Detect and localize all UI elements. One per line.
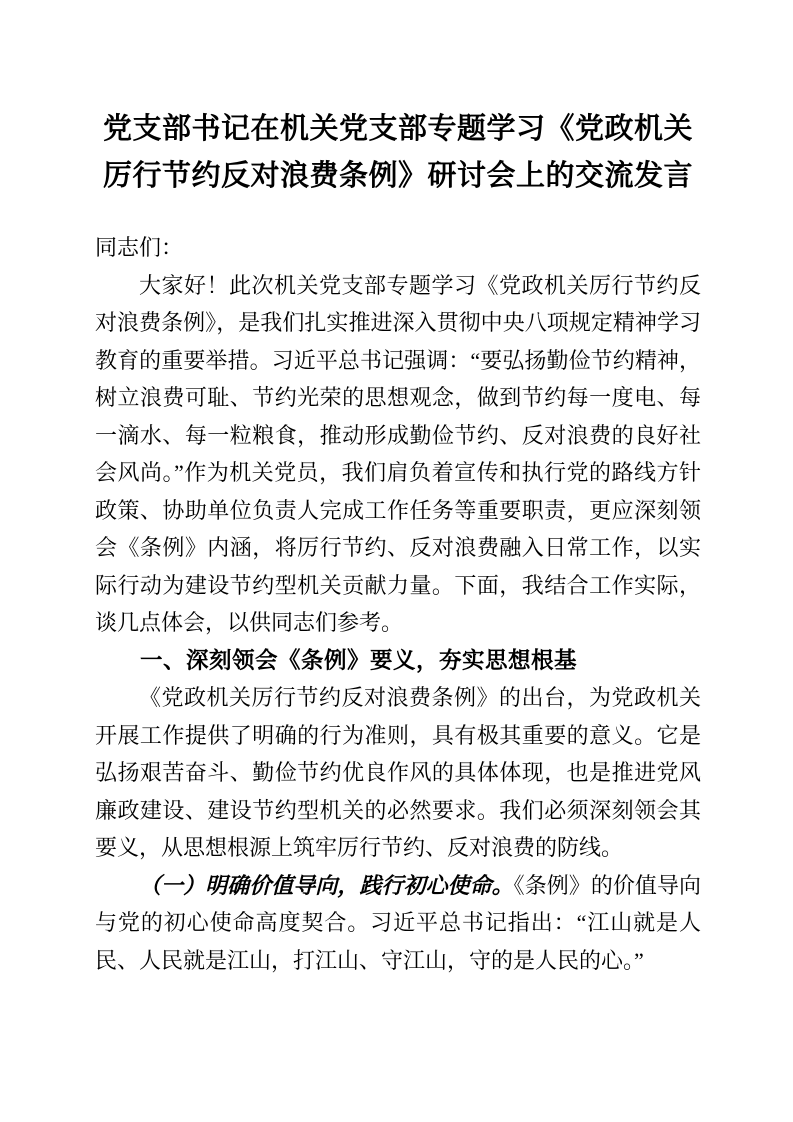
section-1-heading: 一、深刻领会《条例》要义，夯实思想根基 <box>95 642 701 680</box>
document-title: 党支部书记在机关党支部专题学习《党政机关 厉行节约反对浪费条例》研讨会上的交流发… <box>95 106 701 200</box>
document-title-line-2: 厉行节约反对浪费条例》研讨会上的交流发言 <box>95 153 701 200</box>
subsection-1-paragraph: （一）明确价值导向，践行初心使命。《条例》的价值导向与党的初心使命高度契合。习近… <box>95 867 701 980</box>
opening-paragraph: 大家好！此次机关党支部专题学习《党政机关厉行节约反对浪费条例》，是我们扎实推进深… <box>95 267 701 642</box>
document-content: 党支部书记在机关党支部专题学习《党政机关 厉行节约反对浪费条例》研讨会上的交流发… <box>95 106 701 979</box>
document-page: 党支部书记在机关党支部专题学习《党政机关 厉行节约反对浪费条例》研讨会上的交流发… <box>0 0 793 1122</box>
subsection-1-lead: （一）明确价值导向，践行初心使命。 <box>139 873 514 898</box>
document-body: 同志们： 大家好！此次机关党支部专题学习《党政机关厉行节约反对浪费条例》，是我们… <box>95 229 701 979</box>
section-1-paragraph: 《党政机关厉行节约反对浪费条例》的出台，为党政机关开展工作提供了明确的行为准则，… <box>95 679 701 867</box>
document-title-line-1: 党支部书记在机关党支部专题学习《党政机关 <box>95 106 701 153</box>
salutation: 同志们： <box>95 229 701 267</box>
